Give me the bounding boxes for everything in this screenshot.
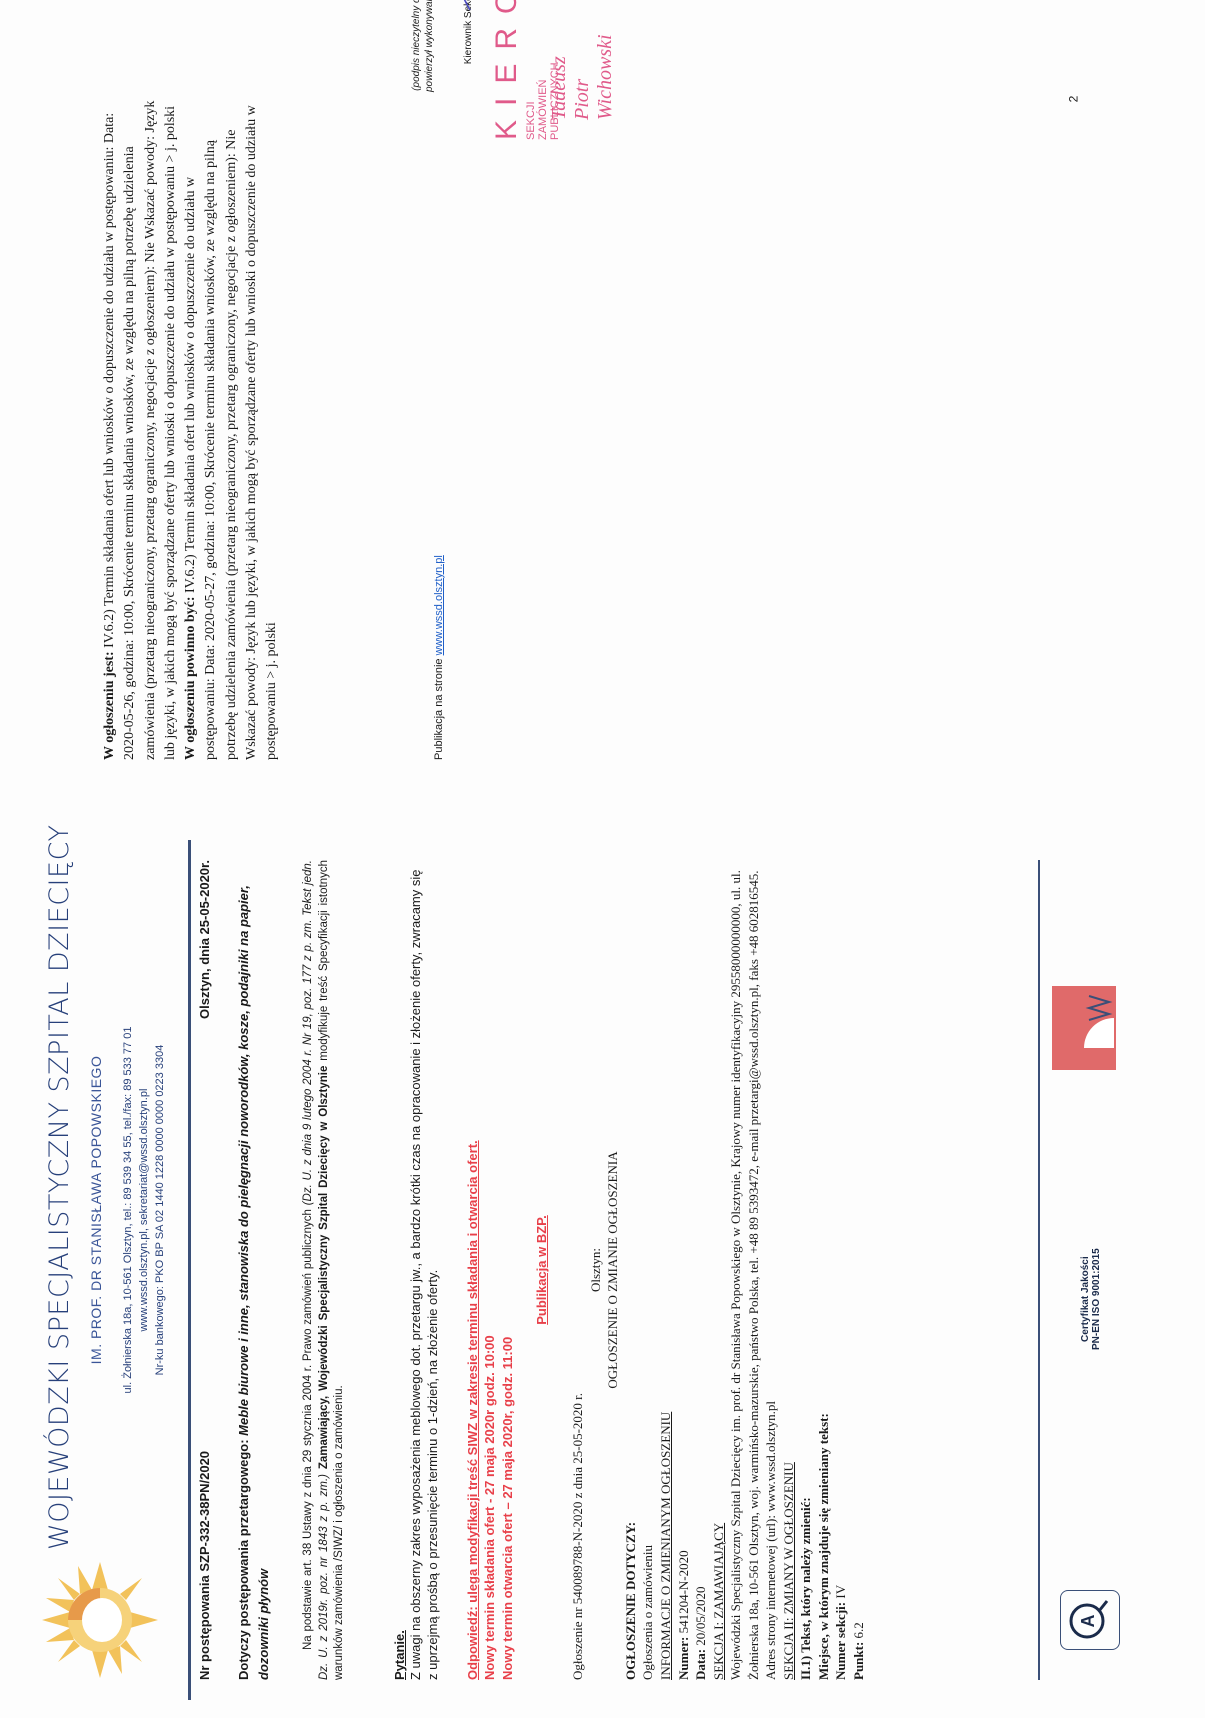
basis-part-1: Na podstawie art. 38 Ustawy z dnia 29 st…	[302, 1209, 314, 1680]
hospital-bank: Nr-ku bankowego: PKO BP SA 02 1440 1228 …	[154, 840, 166, 1700]
section-number-row: Numer sekcji: IV	[832, 860, 850, 1680]
website-publication: Publikacja na stronie www.wssd.olsztyn.p…	[433, 100, 445, 760]
page-footer: A Certyfikat Jakości PN-EN ISO 9001:2015	[1038, 860, 1170, 1680]
hospital-patron: IM. PROF. DR STANISŁAWA POPOWSKIEGO	[88, 840, 104, 1700]
point-value: 6.2	[851, 1622, 866, 1638]
answer-new-opening-date: Nowy termin otwarcia ofert – 27 maja 202…	[499, 860, 517, 1680]
regional-logo-icon	[1052, 986, 1116, 1070]
hospital-web: www.wssd.olsztyn.pl, sekretariat@wssd.ol…	[138, 840, 150, 1700]
section-2-heading: SEKCJA II: ZMIANY W OGŁOSZENIU	[780, 860, 798, 1680]
website-link[interactable]: www.wssd.olsztyn.pl	[433, 555, 445, 655]
signature-block: (podpis nieczytelny osoby, której Kierow…	[410, 0, 475, 140]
cert-label: Certyfikat Jakości	[1080, 1248, 1091, 1350]
number-label: Numer:	[676, 1637, 691, 1680]
notice-city: Olsztyn:	[587, 860, 605, 1680]
notice-number: Ogłoszenie nr 540089788-N-2020 z dnia 25…	[569, 860, 587, 1680]
answer-new-submission-date: Nowy termin składania ofert - 27 maja 20…	[481, 860, 499, 1680]
section-1-text: Wojewódzki Specjalistyczny Szpital Dziec…	[727, 860, 762, 1680]
should-label: W ogłoszeniu powinno być:	[183, 597, 198, 761]
question-label: Pytanie.	[392, 860, 407, 1680]
corrected-notice-text: W ogłoszeniu powinno być: IV.6.2) Termin…	[181, 100, 282, 760]
document-page-1: WOJEWÓDZKI SPECJALISTYCZNY SZPITAL DZIEC…	[30, 840, 1170, 1700]
current-notice-text: W ogłoszeniu jest: IV.6.2) Termin składa…	[100, 100, 181, 760]
publication-prefix: Publikacja na stronie	[433, 658, 445, 760]
change-place: Miejsce, w którym znajduje się zmieniany…	[815, 860, 833, 1680]
notice-info-heading: INFORMACJE O ZMIENIANYM OGŁOSZENIU	[657, 860, 675, 1680]
number-value: 541204-N-2020	[676, 1550, 691, 1633]
hospital-name: WOJEWÓDZKI SPECJALISTYCZNY SZPITAL DZIEC…	[44, 825, 75, 1550]
question-text: Z uwagi na obszerny zakres wyposażenia m…	[407, 860, 442, 1680]
date-place: Olsztyn, dnia 25-05-2020r.	[197, 860, 212, 1019]
date-label: Data:	[693, 1649, 708, 1680]
stamp-title: KIEROWNIK	[490, 0, 524, 140]
section-no-value: IV	[833, 1585, 848, 1599]
quality-certificate-icon: A	[1060, 1590, 1120, 1650]
basis-part-3: Zamawiający, Wojewódzki Specjalistyczny …	[318, 1066, 330, 1470]
is-label: W ogłoszeniu jest:	[102, 651, 117, 760]
hospital-address: ul. Żołnierska 18a, 10-561 Olsztyn, tel.…	[122, 840, 134, 1700]
point-row: Punkt: 6.2	[850, 860, 868, 1680]
text-to-change: II.1) Tekst, który należy zmienić:	[797, 860, 815, 1680]
section-1-heading: SEKCJA I: ZAMAWIAJĄCY	[710, 860, 728, 1680]
publication-bzp: Publikacja w BZP.	[534, 840, 549, 1700]
iso-certificate: Certyfikat Jakości PN-EN ISO 9001:2015	[1080, 1248, 1102, 1350]
reference-number: Nr postępowania SZP-332-38PN/2020	[197, 1451, 212, 1680]
notice-heading: OGŁOSZENIE O ZMIANIE OGŁOSZENIA	[604, 860, 622, 1680]
notice-concerns: OGŁOSZENIE DOTYCZY:	[622, 860, 640, 1680]
subject-label: Dotyczy postępowania przetargowego:	[236, 1439, 251, 1680]
handwritten-signature-icon	[410, 0, 610, 20]
document-page-2: W ogłoszeniu jest: IV.6.2) Termin składa…	[80, 80, 1180, 780]
page-number: 2	[1066, 96, 1080, 103]
cert-standard: PN-EN ISO 9001:2015	[1091, 1248, 1102, 1350]
date-value: 20/05/2020	[693, 1586, 708, 1645]
bzp-notice: Ogłoszenie nr 540089788-N-2020 z dnia 25…	[569, 860, 867, 1680]
notice-number-row: Numer: 541204-N-2020	[675, 860, 693, 1680]
notice-concerns-value: Ogłoszenia o zamówieniu	[639, 860, 657, 1680]
reference-row: Nr postępowania SZP-332-38PN/2020 Olszty…	[191, 840, 212, 1700]
stamp-name: Tadeusz Piotr Wichowski	[548, 34, 617, 120]
legal-basis: Na podstawie art. 38 Ustawy z dnia 29 st…	[301, 860, 348, 1680]
answer: Odpowiedź: ulega modyfikacji treść SIWZ …	[464, 860, 517, 1680]
point-label: Punkt:	[851, 1642, 866, 1680]
subject: Dotyczy postępowania przetargowego: Mebl…	[234, 860, 273, 1680]
section-no-label: Numer sekcji:	[833, 1602, 848, 1680]
letterhead: WOJEWÓDZKI SPECJALISTYCZNY SZPITAL DZIEC…	[30, 840, 180, 1700]
notice-date-row: Data: 20/05/2020	[692, 860, 710, 1680]
svg-text:A: A	[1078, 1615, 1098, 1628]
answer-heading: Odpowiedź: ulega modyfikacji treść SIWZ …	[464, 860, 482, 1680]
website-line: Adres strony internetowej (url): www.wss…	[762, 860, 780, 1680]
